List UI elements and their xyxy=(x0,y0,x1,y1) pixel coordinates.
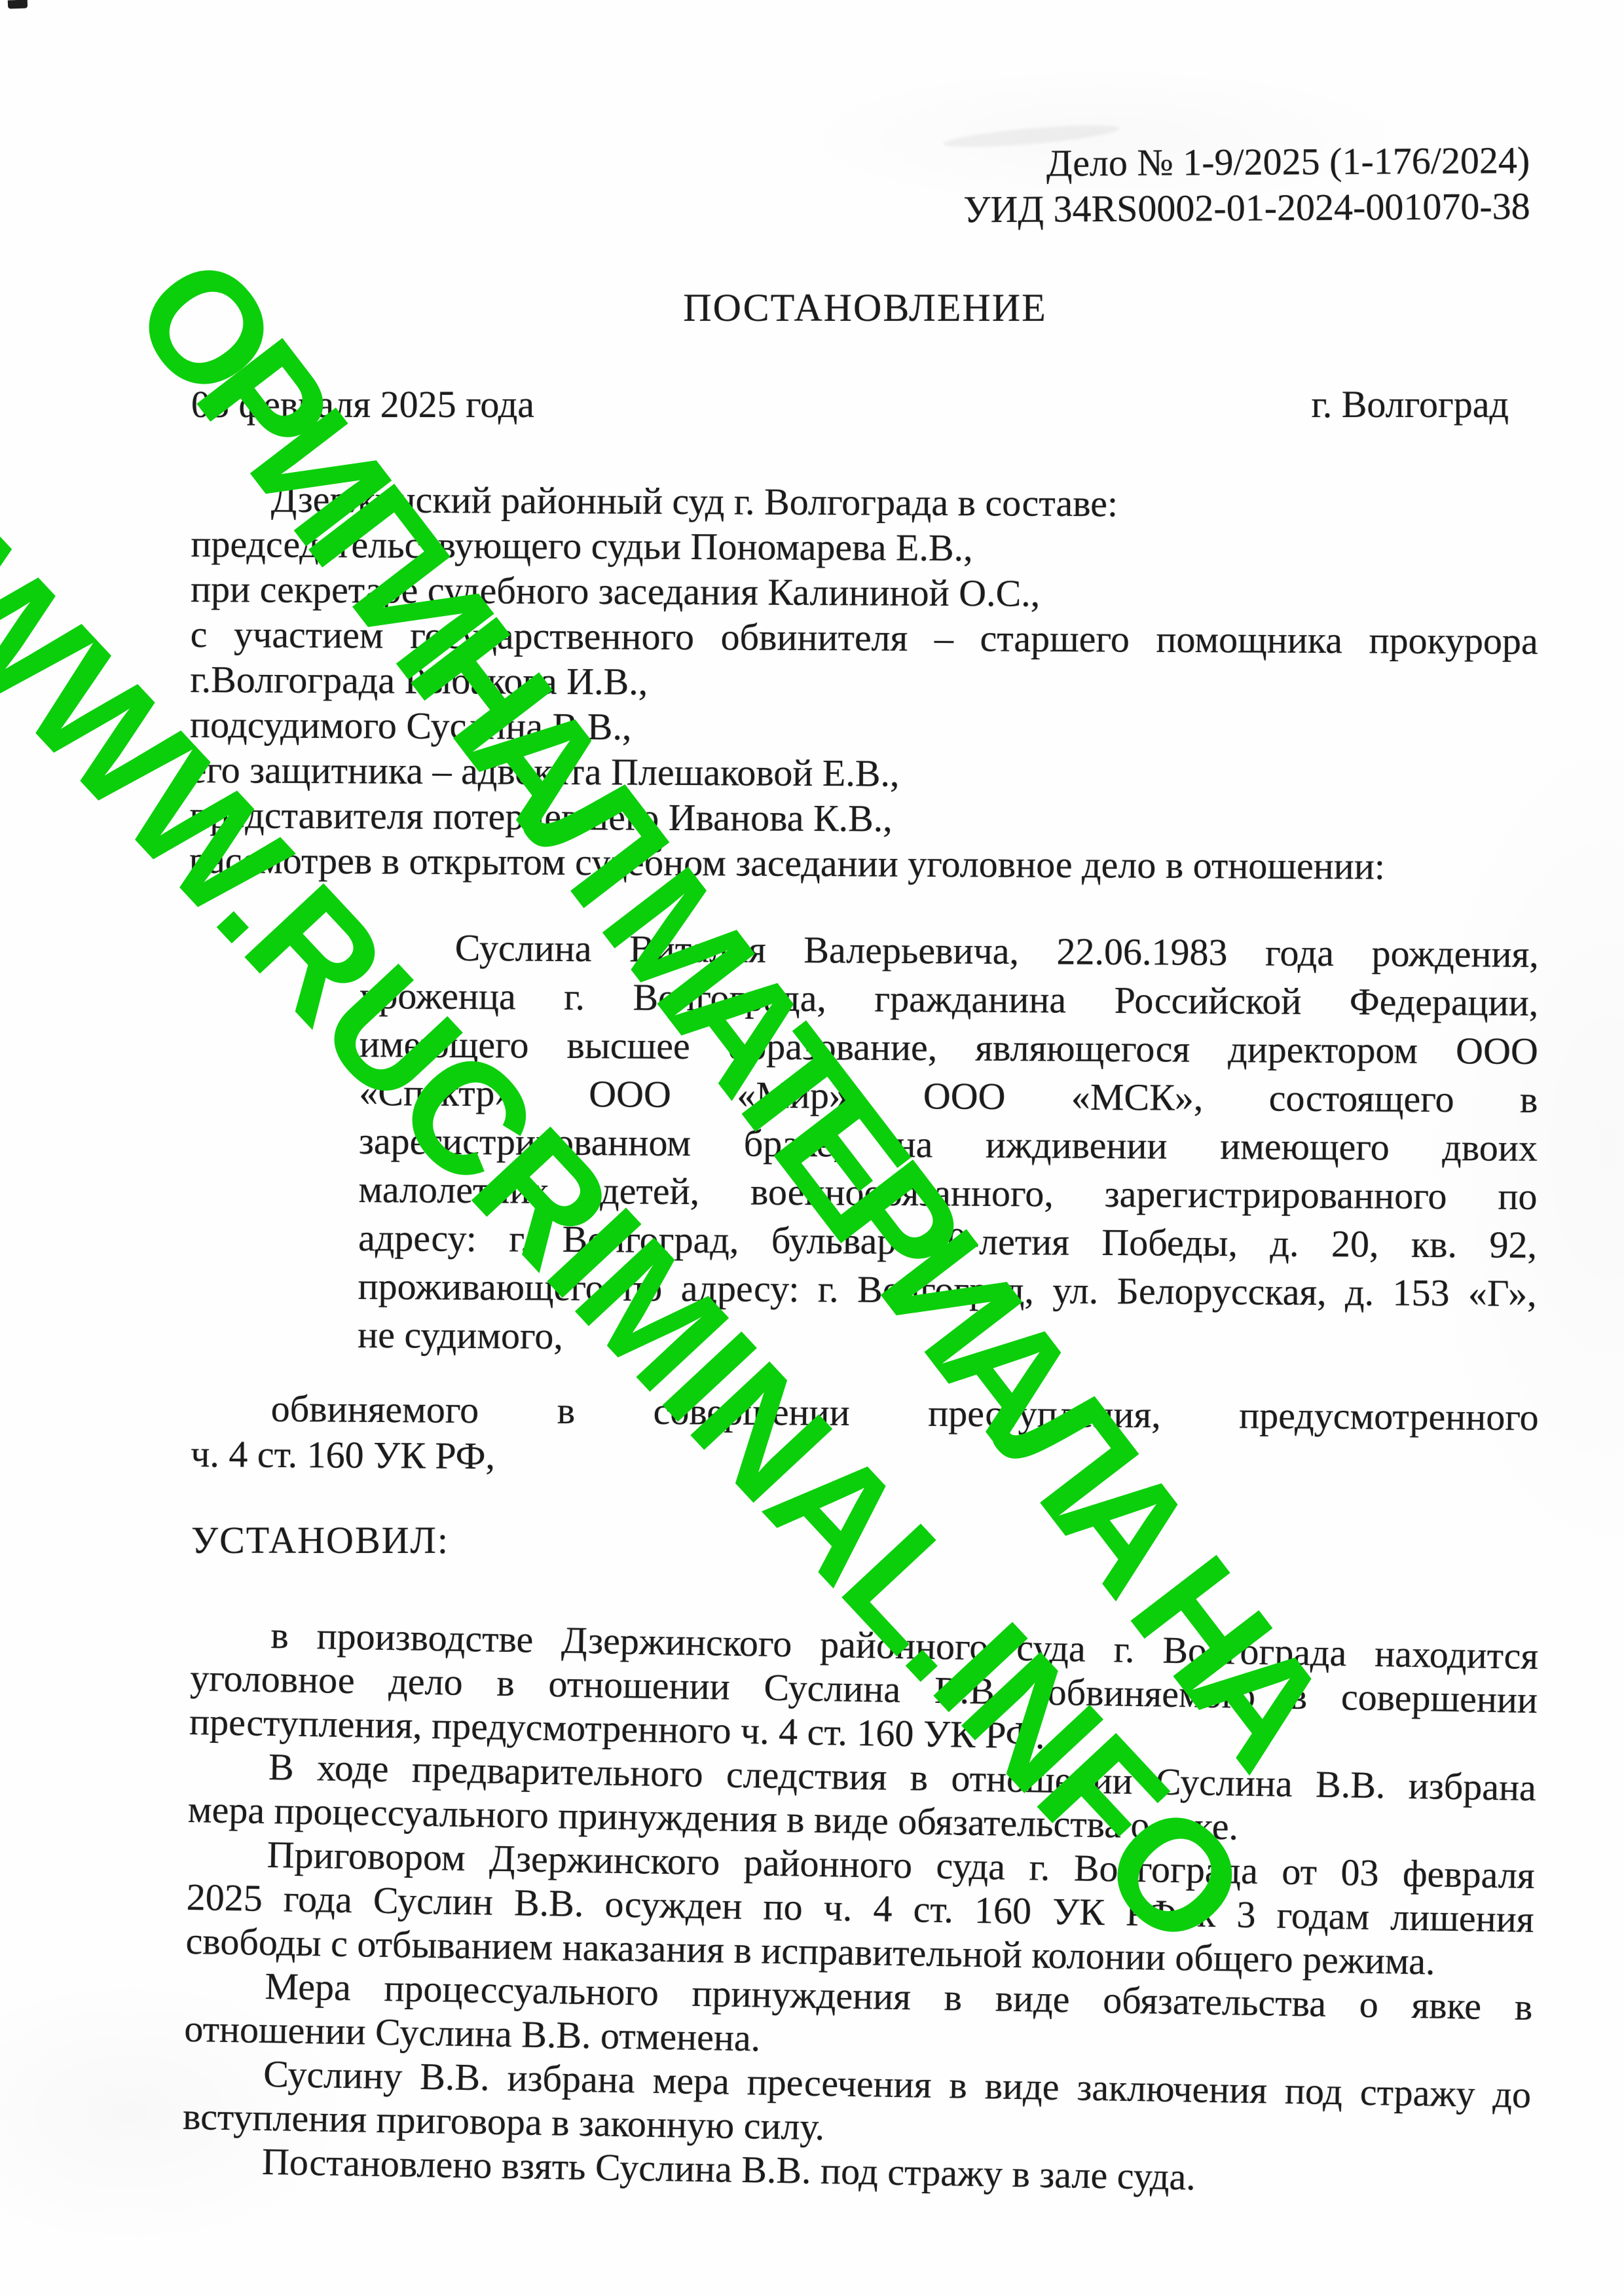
scan-artifact-corner-smudge xyxy=(8,0,28,9)
text-line: представителя потерпевшего Иванова К.В., xyxy=(189,792,1537,845)
text-line: Суслина Виталия Валерьевича, 22.06.1983 … xyxy=(360,923,1539,979)
case-header: Дело № 1-9/2025 (1-176/2024) УИД 34RS000… xyxy=(191,137,1540,238)
findings: в производстве Дзержинского районного су… xyxy=(182,1612,1539,2204)
case-number: Дело № 1-9/2025 (1-176/2024) xyxy=(191,137,1530,191)
text-line: уроженца г. Волгограда, гражданина Росси… xyxy=(360,972,1538,1027)
document-city: г. Волгоград xyxy=(1312,382,1540,428)
document-title: ПОСТАНОВЛЕНИЕ xyxy=(191,285,1539,331)
text-line: рассмотрев в открытом судебном заседании… xyxy=(189,837,1537,890)
document-page: Дело № 1-9/2025 (1-176/2024) УИД 34RS000… xyxy=(0,0,1624,2296)
case-uid: УИД 34RS0002-01-2024-001070-38 xyxy=(191,183,1530,237)
text-line: его защитника – адвоката Плешаковой Е.В.… xyxy=(189,747,1537,799)
date-row: 03 февраля 2025 года г. Волгоград xyxy=(191,382,1539,428)
